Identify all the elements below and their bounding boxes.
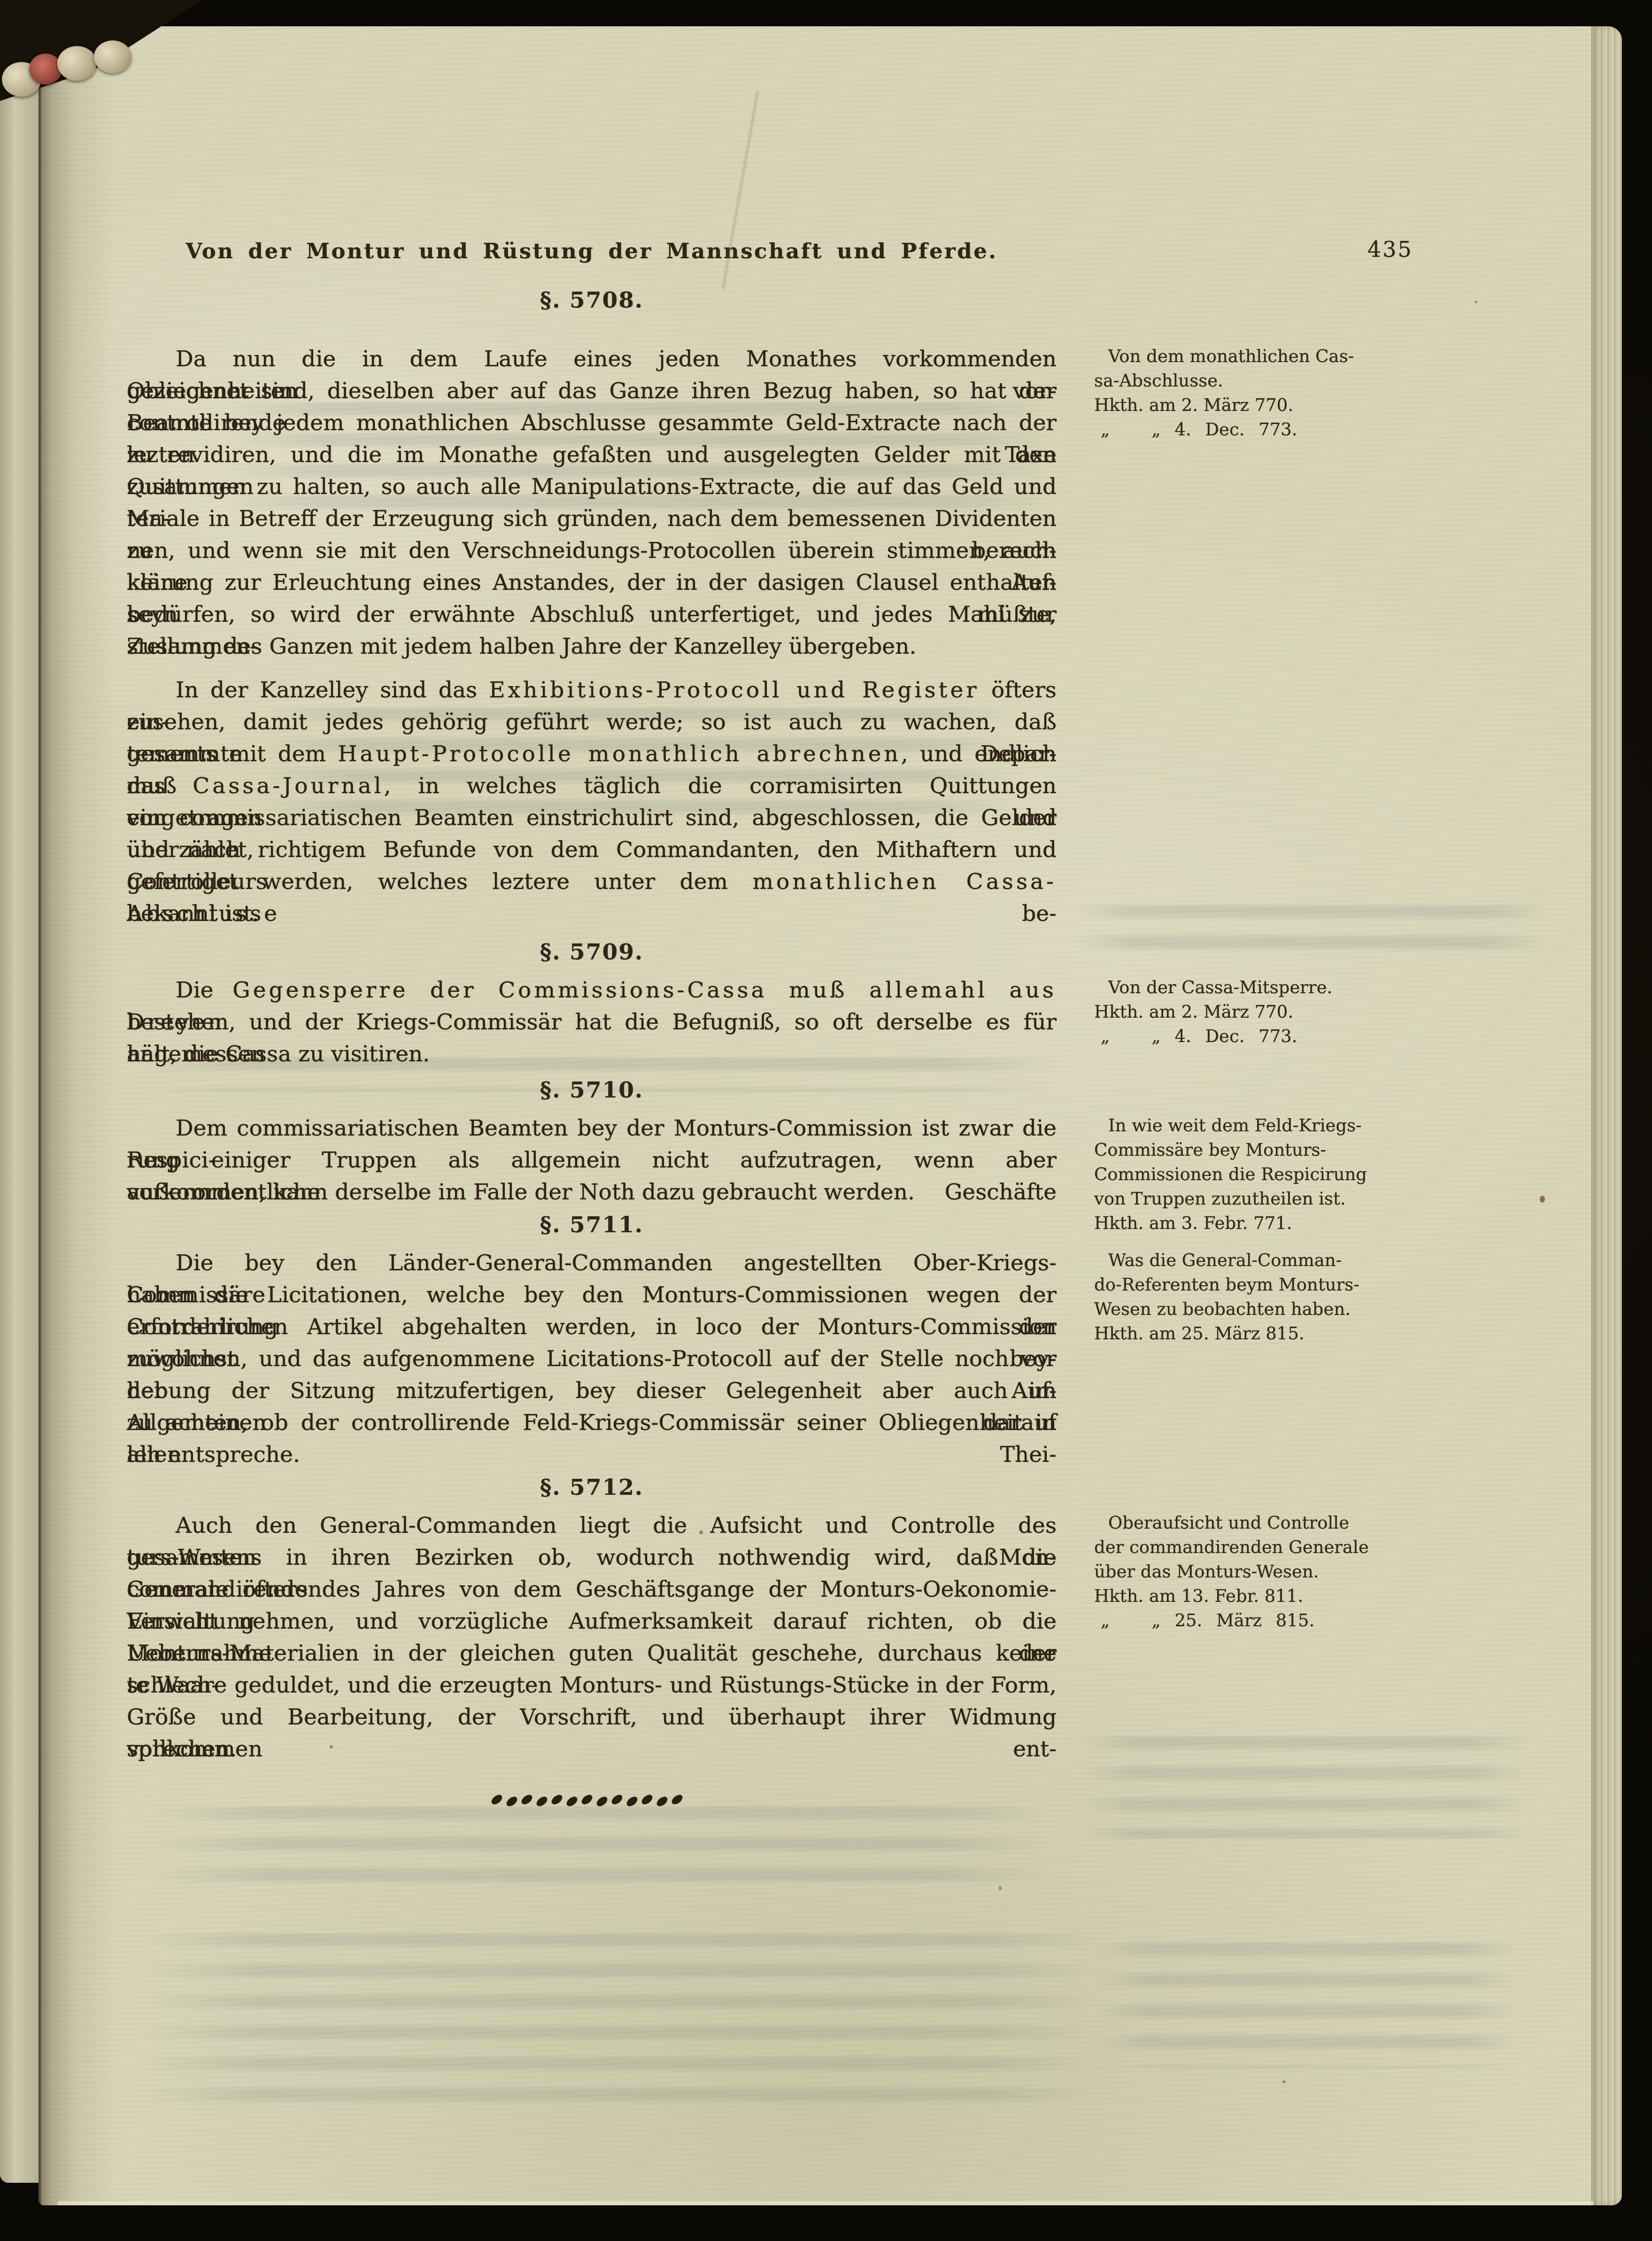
margin-note-line: „ „ 25. März 815. [1094, 1608, 1568, 1633]
text-line: gefertiget werden, welches leztere unter… [127, 866, 1057, 898]
margin-note: Von dem monathlichen Cas-sa-Abschlusse.H… [1094, 344, 1568, 442]
text-body: §. 5708.Da nun die in dem Laufe eines je… [127, 287, 1573, 1810]
book-page: Von der Montur und Rüstung der Mannschaf… [39, 26, 1622, 2205]
margin-note-line: von Truppen zuzutheilen ist. [1094, 1187, 1568, 1211]
stain-speck [999, 1886, 1002, 1890]
text-line: Größe und Bearbeitung, der Vorschrift, u… [127, 1701, 1057, 1733]
text-line: haben die Licitationen, welche bey den M… [127, 1279, 1057, 1311]
text-line: zusammen zu halten, so auch alle Manipul… [127, 471, 1057, 503]
text-line: Die bey den Länder-General-Commanden ang… [127, 1247, 1057, 1279]
text-line: hebung der Sitzung mitzufertigen, bey di… [127, 1375, 1057, 1407]
text-line: turs-Wesens in ihren Bezirken ob, wodurc… [127, 1542, 1057, 1574]
paragraph: In der Kanzelley sind das Exhibitions-Pr… [127, 674, 1057, 930]
margin-note-line: Von dem monathlichen Cas- [1094, 344, 1568, 369]
paragraph: Da nun die in dem Laufe eines jeden Mona… [127, 343, 1057, 663]
section-divider-ornament [127, 1791, 1057, 1810]
text-segment: In der Kanzelley sind das [176, 677, 489, 703]
margin-note-line: Hkth. am 13. Febr. 811. [1094, 1584, 1568, 1608]
text-segment: tements mit dem [127, 741, 338, 767]
text-segment: gefertiget werden, welches leztere unter… [127, 869, 752, 895]
margin-note-line: „ „ 4. Dec. 773. [1094, 417, 1568, 442]
text-segment: das [127, 773, 193, 799]
paragraph: Dem commissariatischen Beamten bey der M… [127, 1113, 1057, 1208]
margin-note-line: Hkth. am 2. März 770. [1094, 1000, 1568, 1024]
text-line: teriale in Betreff der Erzeugung sich gr… [127, 503, 1057, 535]
text-segment: Cassa-Journal [193, 773, 384, 799]
margin-note-line: „ „ 4. Dec. 773. [1094, 1024, 1568, 1049]
text-line: Monturs-Materialien in der gleichen gute… [127, 1638, 1057, 1669]
text-line: erforderlichen Artikel abgehalten werden… [127, 1311, 1057, 1343]
text-line: hält, die Cassa zu visitiren. [127, 1038, 1057, 1070]
section-5708: §. 5708.Da nun die in dem Laufe eines je… [127, 287, 1573, 930]
text-line: das Cassa-Journal, in welches täglich di… [127, 770, 1057, 802]
text-line: Da nun die in dem Laufe eines jeden Mona… [127, 343, 1057, 375]
margin-note-line: Von der Cassa-Mitsperre. [1094, 975, 1568, 1000]
endband-thread [57, 46, 97, 81]
section-heading: §. 5709. [127, 939, 1057, 965]
endband-thread [94, 40, 131, 73]
text-line: zu achten, ob der controllirende Feld-Kr… [127, 1407, 1057, 1439]
margin-note: Von der Cassa-Mitsperre.Hkth. am 2. März… [1094, 975, 1568, 1049]
facing-page-sliver [0, 87, 39, 2183]
gutter-shadow [39, 26, 114, 2205]
page-number: 435 [1367, 237, 1471, 262]
bleedthrough-ghost [142, 1933, 1104, 2107]
text-line: Dem commissariatischen Beamten bey der M… [127, 1113, 1057, 1144]
margin-note-line: der commandirenden Generale [1094, 1535, 1568, 1560]
section-heading: §. 5708. [127, 287, 1057, 313]
margin-note-line: In wie weit dem Feld-Kriegs- [1094, 1113, 1568, 1138]
page-bottom-edge [57, 2201, 1594, 2205]
running-title: Von der Montur und Rüstung der Mannschaf… [127, 239, 1057, 263]
margin-note-line: Commissäre bey Monturs- [1094, 1138, 1568, 1162]
section-5709: §. 5709.Die Gegensperre der Commissions-… [127, 939, 1573, 1070]
margin-note-line: sa-Abschlusse. [1094, 369, 1568, 393]
text-line: tements mit dem Haupt-Protocolle monathl… [127, 738, 1057, 770]
margin-note: Oberaufsicht und Controlleder commandire… [1094, 1511, 1568, 1633]
text-line: zusehen, damit jedes gehörig geführt wer… [127, 706, 1057, 738]
text-segment: Die [176, 977, 232, 1003]
margin-note-line: do-Referenten beym Monturs- [1094, 1273, 1568, 1297]
text-line: bestehen, und der Kriegs-Commissär hat d… [127, 1006, 1057, 1038]
text-line: rung einiger Truppen als allgemein nicht… [127, 1144, 1057, 1176]
paragraph: Auch den General-Commanden liegt die Auf… [127, 1510, 1057, 1765]
endband-thread-red [29, 54, 62, 85]
text-line: Beamte bey jedem monathlichen Abschlusse… [127, 407, 1057, 439]
gutter-crease [39, 26, 41, 2205]
margin-note-line: Was die General-Comman- [1094, 1248, 1568, 1273]
text-line: Einsicht nehmen, und vorzügliche Aufmerk… [127, 1606, 1057, 1638]
text-line: zuwohnen, und das aufgenommene Licitatio… [127, 1343, 1057, 1375]
margin-note-line: Hkth. am 25. März 815. [1094, 1321, 1568, 1346]
paragraph: Die bey den Länder-General-Commanden ang… [127, 1247, 1057, 1471]
text-segment: Exhibitions-Protocoll und Register [489, 677, 980, 703]
text-line: Generale öfters des Jahres von dem Gesch… [127, 1574, 1057, 1606]
margin-note-line: Oberaufsicht und Controlle [1094, 1511, 1568, 1535]
text-line: In der Kanzelley sind das Exhibitions-Pr… [127, 674, 1057, 706]
text-line: te Waare geduldet, und die erzeugten Mon… [127, 1669, 1057, 1701]
bleedthrough-ghost [1095, 1942, 1518, 2069]
text-line: klärung zur Erleuchtung eines Anstandes,… [127, 567, 1057, 599]
text-line: Auch den General-Commanden liegt die Auf… [127, 1510, 1057, 1542]
text-line: von commissariatischen Beamten einstrich… [127, 802, 1057, 834]
book-scan: Von der Montur und Rüstung der Mannschaf… [0, 0, 1652, 2241]
paragraph: Die Gegensperre der Commissions-Cassa mu… [127, 974, 1057, 1070]
margin-note-line: Wesen zu beobachten haben. [1094, 1297, 1568, 1321]
section-5711: §. 5711.Die bey den Länder-General-Comma… [127, 1212, 1573, 1471]
book-endband [2, 39, 152, 105]
margin-note: Was die General-Comman-do-Referenten bey… [1094, 1248, 1568, 1346]
text-line: stellung des Ganzen mit jedem halben Jah… [127, 631, 1057, 663]
margin-note-line: Hkth. am 2. März 770. [1094, 393, 1568, 417]
text-line: bedürfen, so wird der erwähnte Abschluß … [127, 599, 1057, 631]
stain-speck [1282, 2080, 1286, 2083]
text-line: und nach richtigem Befunde von dem Comma… [127, 834, 1057, 866]
text-segment: Haupt-Protocolle monathlich abrechnen [338, 741, 901, 767]
margin-note-line: über das Monturs-Wesen. [1094, 1560, 1568, 1584]
text-line: gezeichnet sind, dieselben aber auf das … [127, 375, 1057, 407]
text-line: Die Gegensperre der Commissions-Cassa mu… [127, 974, 1057, 1006]
section-5712: §. 5712.Auch den General-Commanden liegt… [127, 1475, 1573, 1765]
page-fore-edge [1591, 26, 1622, 2205]
section-heading: §. 5710. [127, 1077, 1057, 1103]
text-segment: be- [280, 901, 1057, 927]
text-line: nen, und wenn sie mit den Verschneidungs… [127, 535, 1057, 567]
text-line: zu revidiren, und die im Monathe gefaßte… [127, 439, 1057, 471]
margin-note-line: Commissionen die Respicirung [1094, 1162, 1568, 1187]
bleedthrough-ghost [156, 1806, 1048, 1886]
section-5710: §. 5710.Dem commissariatischen Beamten b… [127, 1077, 1573, 1208]
section-heading: §. 5711. [127, 1212, 1057, 1238]
section-heading: §. 5712. [127, 1475, 1057, 1500]
